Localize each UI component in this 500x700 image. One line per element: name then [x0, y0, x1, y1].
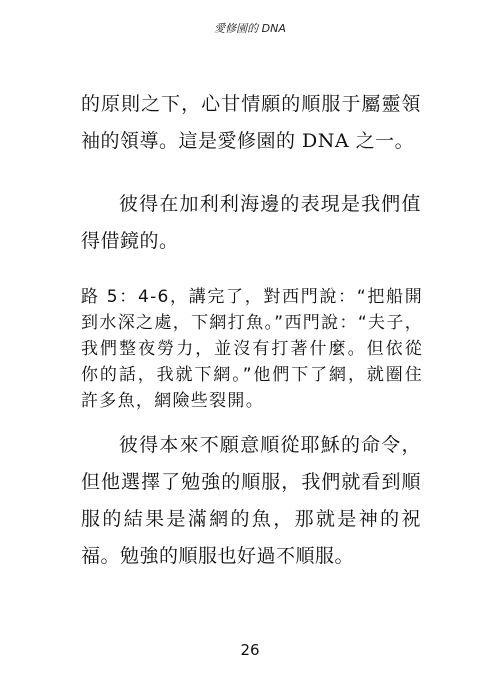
running-header: 愛修園的 DNA: [0, 20, 500, 36]
paragraph-obedience: 彼得本來不願意順從耶穌的命令，但他選擇了勉強的順服，我們就看到順服的結果是滿網的…: [81, 427, 421, 575]
paragraph-dna-conclusion: 的原則之下，心甘情願的順服于屬靈領袖的領導。這是愛修園的 DNA 之一。: [81, 86, 421, 160]
paragraph-peter-example: 彼得在加利利海邊的表現是我們值得借鏡的。: [81, 186, 421, 260]
scripture-quote-luke-5: 路 5：4-6，講完了，對西門說：“把船開到水深之處，下網打魚。”西門說：“夫子…: [81, 284, 423, 414]
page-number: 26: [0, 641, 500, 659]
